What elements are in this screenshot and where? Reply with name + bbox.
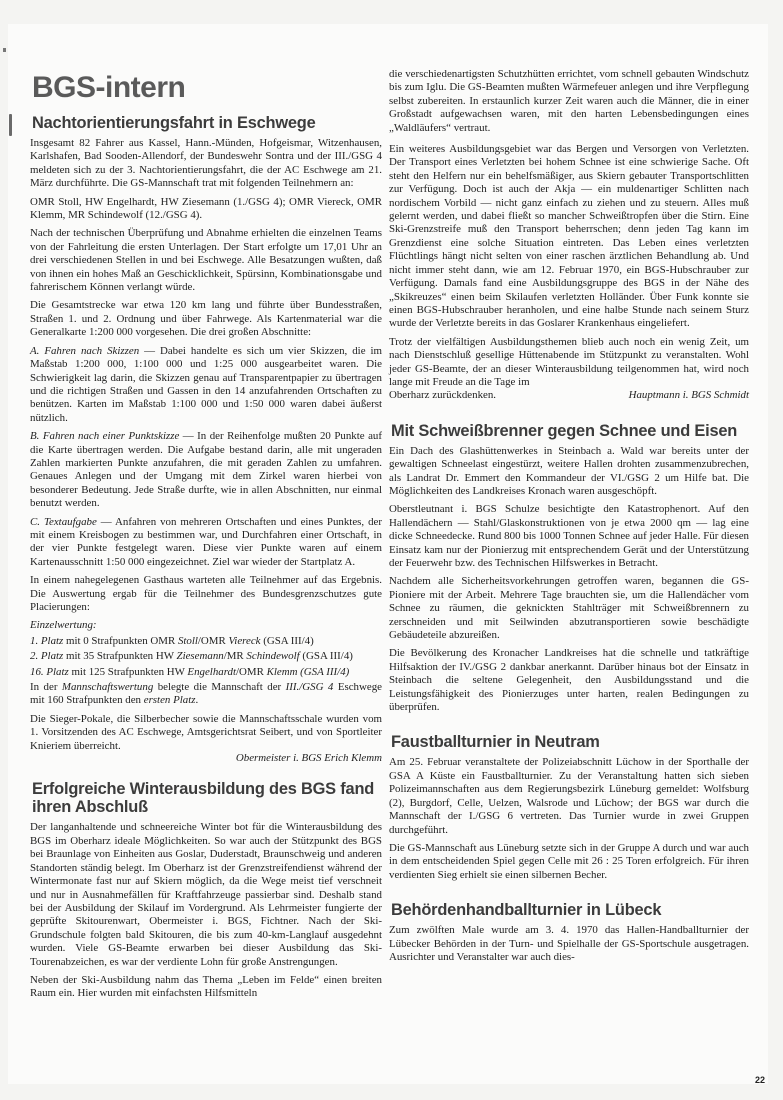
section-a: A. Fahren nach Skizzen — Dabei handelte …: [30, 345, 382, 425]
result-row: 2. Platz mit 35 Strafpunkten HW Zieseman…: [30, 650, 382, 663]
left-column: BGS-intern Nachtorientierungsfahrt in Es…: [30, 72, 382, 1006]
scan-mark: [3, 48, 6, 52]
paragraph: Insgesamt 82 Fahrer aus Kassel, Hann.-Mü…: [30, 137, 382, 191]
article-title-winter: Erfolgreiche Winterausbildung des BGS fa…: [32, 780, 382, 816]
paragraph: Zum zwölften Male wurde am 3. 4. 1970 da…: [389, 924, 749, 964]
binding-mark: [9, 114, 12, 136]
section-c: C. Textaufgabe — Anfahren von mehreren O…: [30, 516, 382, 570]
article-title-handball: Behördenhandballturnier in Lübeck: [391, 901, 749, 919]
right-column: die verschiedenartigsten Schutzhütten er…: [389, 68, 749, 969]
paragraph: Die GS-Mannschaft aus Lüneburg setzte si…: [389, 842, 749, 882]
paragraph: Die Bevölkerung des Kronacher Landkreise…: [389, 647, 749, 714]
article-title-eschwege: Nachtorientierungsfahrt in Eschwege: [32, 114, 382, 132]
paragraph: Trotz der vielfältigen Ausbildungsthemen…: [389, 336, 749, 390]
section-a-label: A. Fahren nach Skizzen: [30, 345, 139, 357]
paragraph: Die Sieger-Pokale, die Silberbecher sowi…: [30, 713, 382, 753]
author-signature: Obermeister i. BGS Erich Klemm: [30, 752, 382, 765]
result-row: 1. Platz mit 0 Strafpunkten OMR Stoll/OM…: [30, 635, 382, 648]
paragraph: Die Gesamtstrecke war etwa 120 km lang u…: [30, 299, 382, 339]
section-b: B. Fahren nach einer Punktskizze — In de…: [30, 430, 382, 510]
paragraph: Der langanhaltende und schneereiche Wint…: [30, 821, 382, 968]
masthead: BGS-intern: [32, 72, 382, 104]
paragraph-end: Oberharz zurückdenken.Hauptmann i. BGS S…: [389, 389, 749, 402]
einzelwertung-label: Einzelwertung:: [30, 619, 382, 632]
section-b-label: B. Fahren nach einer Punktskizze: [30, 430, 179, 442]
author-signature: Hauptmann i. BGS Schmidt: [629, 389, 749, 402]
article-title-faustball: Faustballturnier in Neutram: [391, 733, 749, 751]
paragraph: Ein weiteres Ausbildungsgebiet war das B…: [389, 143, 749, 331]
paragraph: Neben der Ski-Ausbildung nahm das Thema …: [30, 974, 382, 1001]
paragraph: die verschiedenartigsten Schutzhütten er…: [389, 68, 749, 135]
paragraph: OMR Stoll, HW Engelhardt, HW Ziesemann (…: [30, 196, 382, 223]
paragraph: Ein Dach des Glashüttenwerkes in Steinba…: [389, 445, 749, 499]
paragraph: Nach der technischen Überprüfung und Abn…: [30, 227, 382, 294]
paragraph: In einem nahegelegenen Gasthaus warteten…: [30, 574, 382, 614]
section-c-label: C. Textaufgabe: [30, 516, 97, 528]
team-result: In der Mannschaftswertung belegte die Ma…: [30, 681, 382, 708]
article-title-schweissbrenner: Mit Schweißbrenner gegen Schnee und Eise…: [391, 422, 749, 440]
page-number: 22: [755, 1075, 765, 1085]
paragraph: Am 25. Februar veranstaltete der Polizei…: [389, 756, 749, 836]
result-row: 16. Platz mit 125 Strafpunkten HW Engelh…: [30, 666, 382, 679]
paragraph: Nachdem alle Sicherheitsvorkehrungen get…: [389, 575, 749, 642]
paragraph: Oberstleutnant i. BGS Schulze besichtigt…: [389, 503, 749, 570]
